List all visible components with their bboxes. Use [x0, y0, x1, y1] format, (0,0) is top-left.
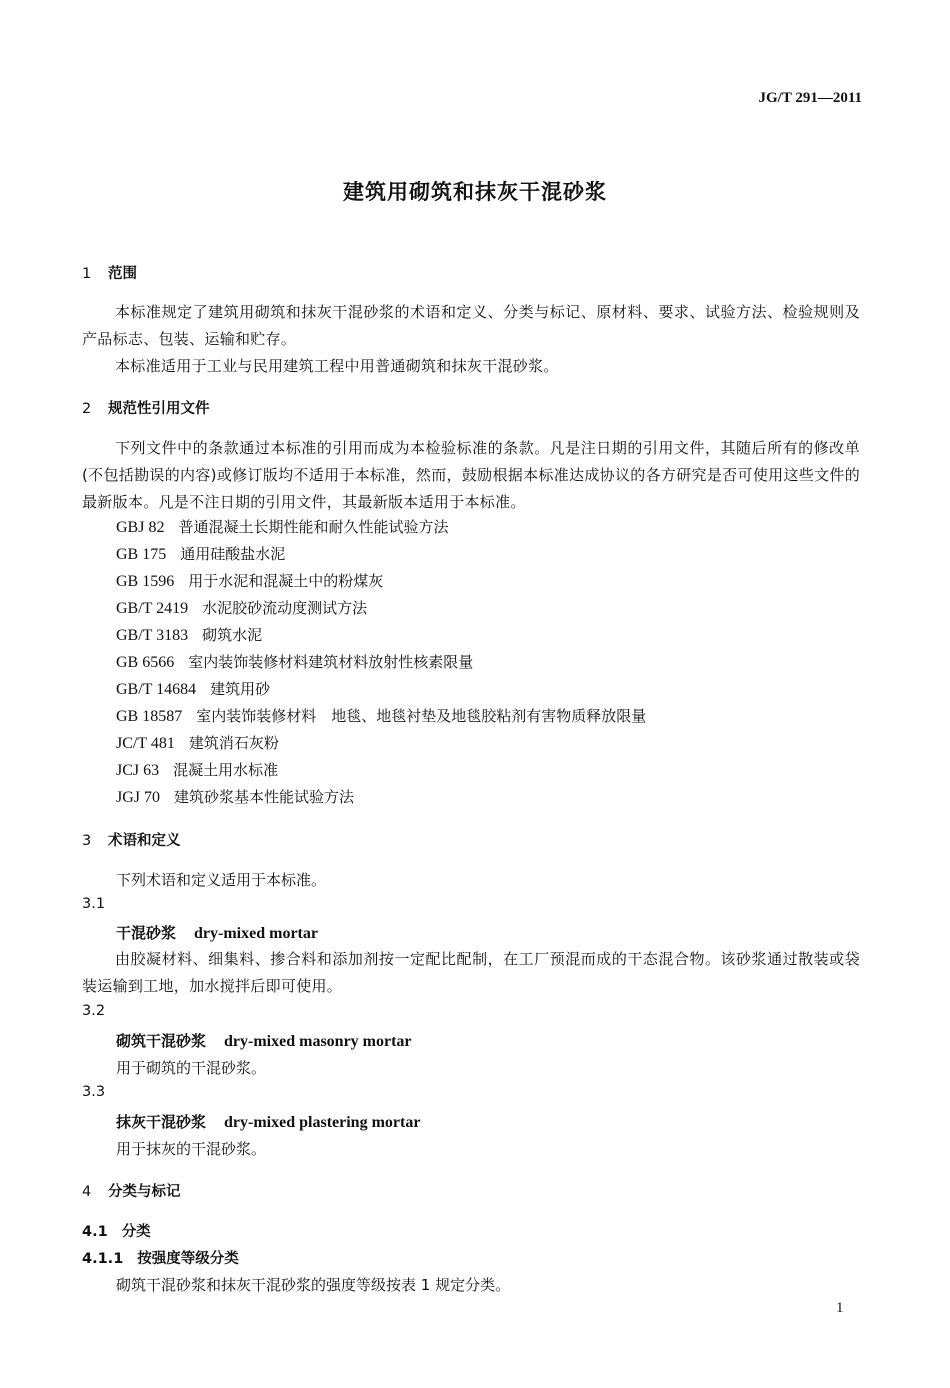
section-title: 术语和定义	[108, 833, 181, 849]
section-title: 规范性引用文件	[108, 401, 210, 417]
subsection-number: 4.1.1	[82, 1251, 123, 1267]
term-number: 3.1	[82, 896, 105, 912]
reference-item: GB/T 3183砌筑水泥	[116, 624, 262, 645]
reference-title: 砌筑水泥	[202, 626, 262, 644]
reference-code: GB 175	[116, 546, 166, 563]
reference-title: 通用硅酸盐水泥	[180, 545, 285, 563]
subsection-4-1-heading: 4.1分类	[82, 1220, 151, 1241]
term-heading: 抹灰干混砂浆dry-mixed plastering mortar	[116, 1111, 420, 1132]
term-definition: 用于抹灰的干混砂浆。	[116, 1138, 266, 1159]
reference-item: JCJ 63混凝土用水标准	[116, 759, 278, 780]
term-definition: 用于砌筑的干混砂浆。	[116, 1057, 266, 1078]
scope-paragraph-2: 本标准适用于工业与民用建筑工程中用普通砌筑和抹灰干混砂浆。	[82, 353, 860, 380]
reference-title: 普通混凝土长期性能和耐久性能试验方法	[178, 518, 448, 536]
reference-item: GB 175通用硅酸盐水泥	[116, 543, 285, 564]
subsection-4-1-1-heading: 4.1.1按强度等级分类	[82, 1247, 239, 1268]
reference-item: GB/T 14684建筑用砂	[116, 678, 270, 699]
section-title: 分类与标记	[108, 1184, 181, 1200]
reference-code: GB 6566	[116, 654, 174, 671]
standard-code: JG/T 291—2011	[759, 90, 863, 107]
reference-item: GBJ 82普通混凝土长期性能和耐久性能试验方法	[116, 516, 448, 537]
section-number: 3	[82, 833, 108, 849]
reference-item: GB 6566室内装饰装修材料建筑材料放射性核素限量	[116, 651, 473, 672]
term-definition: 由胶凝材料、细集料、掺合料和添加剂按一定配比配制，在工厂预混而成的干态混合物。该…	[82, 946, 860, 1000]
reference-title: 建筑砂浆基本性能试验方法	[174, 788, 354, 806]
section-number: 1	[82, 266, 108, 282]
reference-item: GB 18587室内装饰装修材料 地毯、地毯衬垫及地毯胶粘剂有害物质释放限量	[116, 705, 646, 726]
reference-item: GB 1596用于水泥和混凝土中的粉煤灰	[116, 570, 383, 591]
term-heading: 砌筑干混砂浆dry-mixed masonry mortar	[116, 1030, 412, 1051]
section-number: 2	[82, 401, 108, 417]
reference-code: GB/T 2419	[116, 600, 188, 617]
reference-title: 混凝土用水标准	[173, 761, 278, 779]
reference-item: JC/T 481建筑消石灰粉	[116, 732, 279, 753]
reference-code: JCJ 63	[116, 762, 159, 779]
reference-code: GB 1596	[116, 573, 174, 590]
section-2-heading: 2规范性引用文件	[82, 397, 210, 418]
section-number: 4	[82, 1184, 108, 1200]
reference-code: GB 18587	[116, 708, 182, 725]
term-number: 3.2	[82, 1003, 105, 1019]
normative-references-intro: 下列文件中的条款通过本标准的引用而成为本检验标准的条款。凡是注日期的引用文件，其…	[82, 435, 860, 516]
subsection-title: 分类	[122, 1224, 151, 1240]
document-title: 建筑用砌筑和抹灰干混砂浆	[0, 176, 950, 206]
term-zh: 抹灰干混砂浆	[116, 1113, 206, 1131]
reference-title: 室内装饰装修材料建筑材料放射性核素限量	[188, 653, 473, 671]
subsection-number: 4.1	[82, 1224, 108, 1240]
reference-title: 水泥胶砂流动度测试方法	[202, 599, 367, 617]
section-title: 范围	[108, 266, 137, 282]
terms-intro: 下列术语和定义适用于本标准。	[116, 869, 326, 890]
section-4-heading: 4分类与标记	[82, 1180, 181, 1201]
reference-item: JGJ 70建筑砂浆基本性能试验方法	[116, 786, 354, 807]
reference-code: JGJ 70	[116, 789, 160, 806]
term-number: 3.3	[82, 1084, 105, 1100]
term-en: dry-mixed mortar	[194, 925, 318, 942]
reference-code: GB/T 3183	[116, 627, 188, 644]
reference-title: 建筑消石灰粉	[189, 734, 279, 752]
section-3-heading: 3术语和定义	[82, 829, 181, 850]
term-zh: 砌筑干混砂浆	[116, 1032, 206, 1050]
reference-title: 建筑用砂	[210, 680, 270, 698]
term-en: dry-mixed plastering mortar	[224, 1114, 420, 1131]
reference-code: JC/T 481	[116, 735, 175, 752]
classification-text: 砌筑干混砂浆和抹灰干混砂浆的强度等级按表 1 规定分类。	[116, 1274, 510, 1295]
term-en: dry-mixed masonry mortar	[224, 1033, 412, 1050]
term-heading: 干混砂浆dry-mixed mortar	[116, 922, 318, 943]
reference-item: GB/T 2419水泥胶砂流动度测试方法	[116, 597, 367, 618]
section-1-heading: 1范围	[82, 262, 137, 283]
reference-code: GBJ 82	[116, 519, 164, 536]
term-zh: 干混砂浆	[116, 924, 176, 942]
reference-code: GB/T 14684	[116, 681, 196, 698]
reference-title: 用于水泥和混凝土中的粉煤灰	[188, 572, 383, 590]
page-number: 1	[836, 1300, 844, 1317]
scope-paragraph-1: 本标准规定了建筑用砌筑和抹灰干混砂浆的术语和定义、分类与标记、原材料、要求、试验…	[82, 299, 860, 353]
reference-title: 室内装饰装修材料 地毯、地毯衬垫及地毯胶粘剂有害物质释放限量	[196, 707, 646, 725]
subsection-title: 按强度等级分类	[137, 1251, 239, 1267]
